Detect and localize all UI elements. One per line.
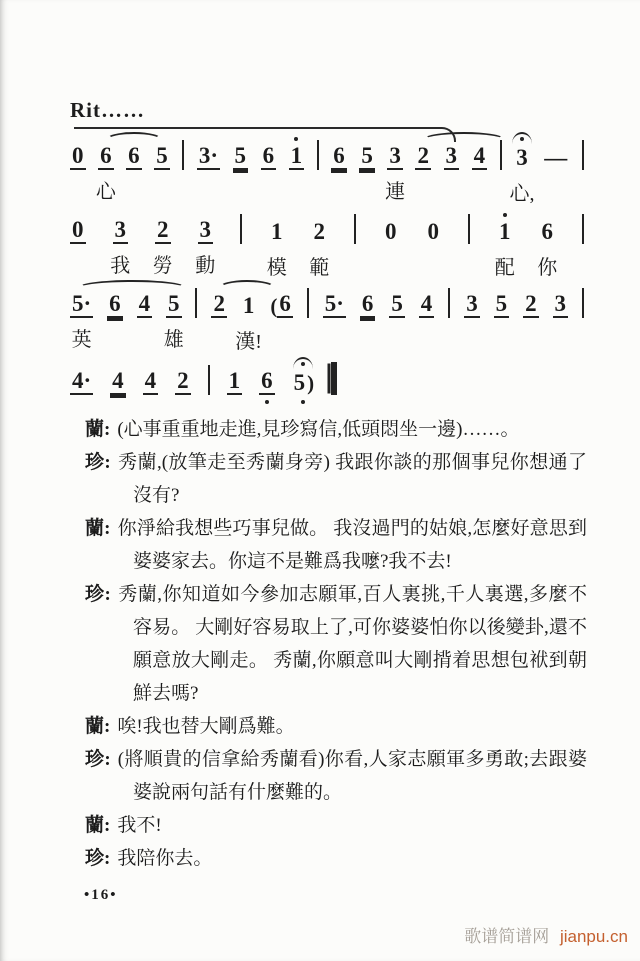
- barline: [195, 288, 197, 318]
- barline: [582, 214, 584, 244]
- note: 3: [464, 292, 480, 318]
- speaker-label: 蘭:: [85, 419, 110, 440]
- lyric: 雄: [164, 323, 184, 352]
- note: 1: [227, 369, 243, 395]
- tempo-marking: Rit……: [70, 98, 584, 124]
- note: 5: [233, 144, 249, 170]
- barline: [582, 140, 584, 170]
- note: 4·: [70, 369, 93, 395]
- speech-text: 我陪你去。: [117, 848, 212, 869]
- lyric: 我: [110, 249, 130, 278]
- note: 2: [415, 144, 431, 170]
- speaker-label: 蘭:: [85, 815, 110, 836]
- note: 1: [289, 144, 305, 170]
- barline: [307, 288, 309, 318]
- note: 6: [331, 144, 347, 170]
- note: 5·: [323, 292, 346, 318]
- speech-text: (心事重重地走進,見珍寫信,低頭悶坐一邊)……。: [117, 419, 519, 440]
- octave-dot-above: [503, 213, 507, 217]
- speaker-label: 蘭:: [85, 716, 110, 737]
- lyric: 連: [385, 175, 405, 204]
- note: 6你: [540, 220, 556, 244]
- note: —: [542, 146, 569, 170]
- note: 6: [126, 144, 142, 170]
- note: 0: [70, 218, 86, 244]
- lyric: 範: [309, 251, 329, 280]
- fermata-icon: [293, 357, 313, 369]
- note: 5: [154, 144, 170, 170]
- speaker-label: 珍:: [85, 452, 111, 473]
- lyric: 你: [537, 251, 557, 280]
- note: 2: [175, 369, 191, 395]
- octave-dot-below: [265, 400, 269, 404]
- speech: 珍:我陪你去。: [85, 842, 587, 875]
- lyric: 漢!: [235, 325, 262, 354]
- speech-text: (將順貴的信拿給秀蘭看)你看,人家志願軍多勇敢;去跟婆婆說兩句話有什麼難的。: [118, 749, 587, 803]
- note: 6: [259, 369, 275, 395]
- music-system-4: 4·442165): [70, 362, 584, 395]
- note: 1配: [497, 220, 513, 244]
- note: 4: [137, 292, 153, 318]
- note: 2: [523, 292, 539, 318]
- note: 6心: [98, 144, 114, 170]
- watermark: 歌谱简谱网 jianpu.cn: [464, 922, 628, 947]
- final-barline: [331, 362, 337, 395]
- lyric: 配: [495, 251, 515, 280]
- note: 3連: [387, 144, 403, 170]
- lyric: 心,: [509, 177, 534, 206]
- note: 3: [553, 292, 569, 318]
- lyric: 勞: [153, 249, 173, 278]
- note: 5): [292, 371, 315, 395]
- note: 3·: [197, 144, 220, 170]
- speech-text: 秀蘭,你知道如今參加志願軍,百人裏挑,千人裏選,多麼不容易。 大剛好容易取上了,…: [118, 584, 587, 704]
- note: 1漢!: [241, 294, 257, 318]
- close-paren: ): [307, 372, 314, 395]
- note: 3我: [113, 218, 129, 244]
- note: (6: [270, 292, 293, 318]
- speech-text: 我不!: [117, 815, 161, 836]
- speaker-label: 珍:: [85, 848, 110, 869]
- fermata-icon: [512, 132, 532, 144]
- note: 4: [143, 369, 159, 395]
- lyric: 動: [195, 249, 215, 278]
- note: 5: [359, 144, 375, 170]
- speech: 蘭:(心事重重地走進,見珍寫信,低頭悶坐一邊)……。: [85, 413, 587, 446]
- note: 1模: [269, 220, 285, 244]
- barline: [448, 288, 450, 318]
- music-score: 06心653·561653連2343心,—03我2勞3動1模2範001配6你5·…: [70, 140, 584, 395]
- speech: 蘭:我不!: [85, 809, 587, 842]
- note: 0: [383, 220, 399, 244]
- page-number: •16•: [84, 887, 584, 904]
- note: 0: [426, 220, 442, 244]
- speech: 珍:秀蘭,(放筆走至秀蘭身旁) 我跟你談的那個事兒你想通了沒有?: [85, 446, 587, 512]
- octave-dot-above: [294, 137, 298, 141]
- barline: [582, 288, 584, 318]
- note: 6: [360, 292, 376, 318]
- speech-text: 你淨給我想些巧事兒做。 我沒過門的姑娘,怎麼好意思到婆婆家去。你這不是難爲我嚒?…: [117, 518, 587, 572]
- open-paren: (: [270, 295, 277, 318]
- note: 6: [261, 144, 277, 170]
- note: 0: [70, 144, 86, 170]
- speech: 蘭:唉!我也替大剛爲難。: [85, 710, 587, 743]
- note: 5·英: [70, 292, 93, 318]
- lyric: 模: [267, 251, 287, 280]
- speaker-label: 珍:: [85, 749, 111, 770]
- note: 5: [389, 292, 405, 318]
- barline: [240, 214, 242, 244]
- speech: 珍:秀蘭,你知道如今參加志願軍,百人裏挑,千人裏選,多麼不容易。 大剛好容易取上…: [85, 578, 587, 710]
- score-page: Rit…… 06心653·561653連2343心,—03我2勞3動1模2範00…: [0, 0, 640, 961]
- note: 5雄: [166, 292, 182, 318]
- watermark-site-name: 歌谱简谱网: [464, 927, 549, 946]
- note: 2勞: [155, 218, 171, 244]
- note: 3: [444, 144, 460, 170]
- octave-dot-below: [301, 400, 305, 404]
- music-system-3: 5·英645雄21漢!(65·6543523: [70, 288, 584, 318]
- music-system-1: 06心653·561653連2343心,—: [70, 140, 584, 170]
- speaker-label: 珍:: [85, 584, 111, 605]
- barline: [354, 214, 356, 244]
- barline: [317, 140, 319, 170]
- note: 3動: [198, 218, 214, 244]
- note: 2範: [312, 220, 328, 244]
- speech: 蘭:你淨給我想些巧事兒做。 我沒過門的姑娘,怎麼好意思到婆婆家去。你這不是難爲我…: [85, 512, 587, 578]
- barline: [468, 214, 470, 244]
- speech: 珍:(將順貴的信拿給秀蘭看)你看,人家志願軍多勇敢;去跟婆婆說兩句話有什麼難的。: [85, 743, 587, 809]
- speech-text: 唉!我也替大剛爲難。: [117, 716, 294, 737]
- watermark-site-url: jianpu.cn: [560, 927, 628, 946]
- lyric: 英: [72, 323, 92, 352]
- speech-text: 秀蘭,(放筆走至秀蘭身旁) 我跟你談的那個事兒你想通了沒有?: [118, 452, 587, 506]
- note: 4: [419, 292, 435, 318]
- note: 6: [107, 292, 123, 318]
- dialogue: 蘭:(心事重重地走進,見珍寫信,低頭悶坐一邊)……。珍:秀蘭,(放筆走至秀蘭身旁…: [85, 413, 587, 875]
- note: 4: [110, 369, 126, 395]
- note: 3心,: [514, 146, 530, 170]
- speaker-label: 蘭:: [85, 518, 110, 539]
- barline: [208, 365, 210, 395]
- note: 5: [494, 292, 510, 318]
- music-system-2: 03我2勞3動1模2範001配6你: [70, 214, 584, 244]
- slur-arc: [423, 132, 505, 147]
- note: 4: [472, 144, 488, 170]
- barline: [182, 140, 184, 170]
- barline: [500, 140, 502, 170]
- note: 2: [211, 292, 227, 318]
- lyric: 心: [96, 175, 116, 204]
